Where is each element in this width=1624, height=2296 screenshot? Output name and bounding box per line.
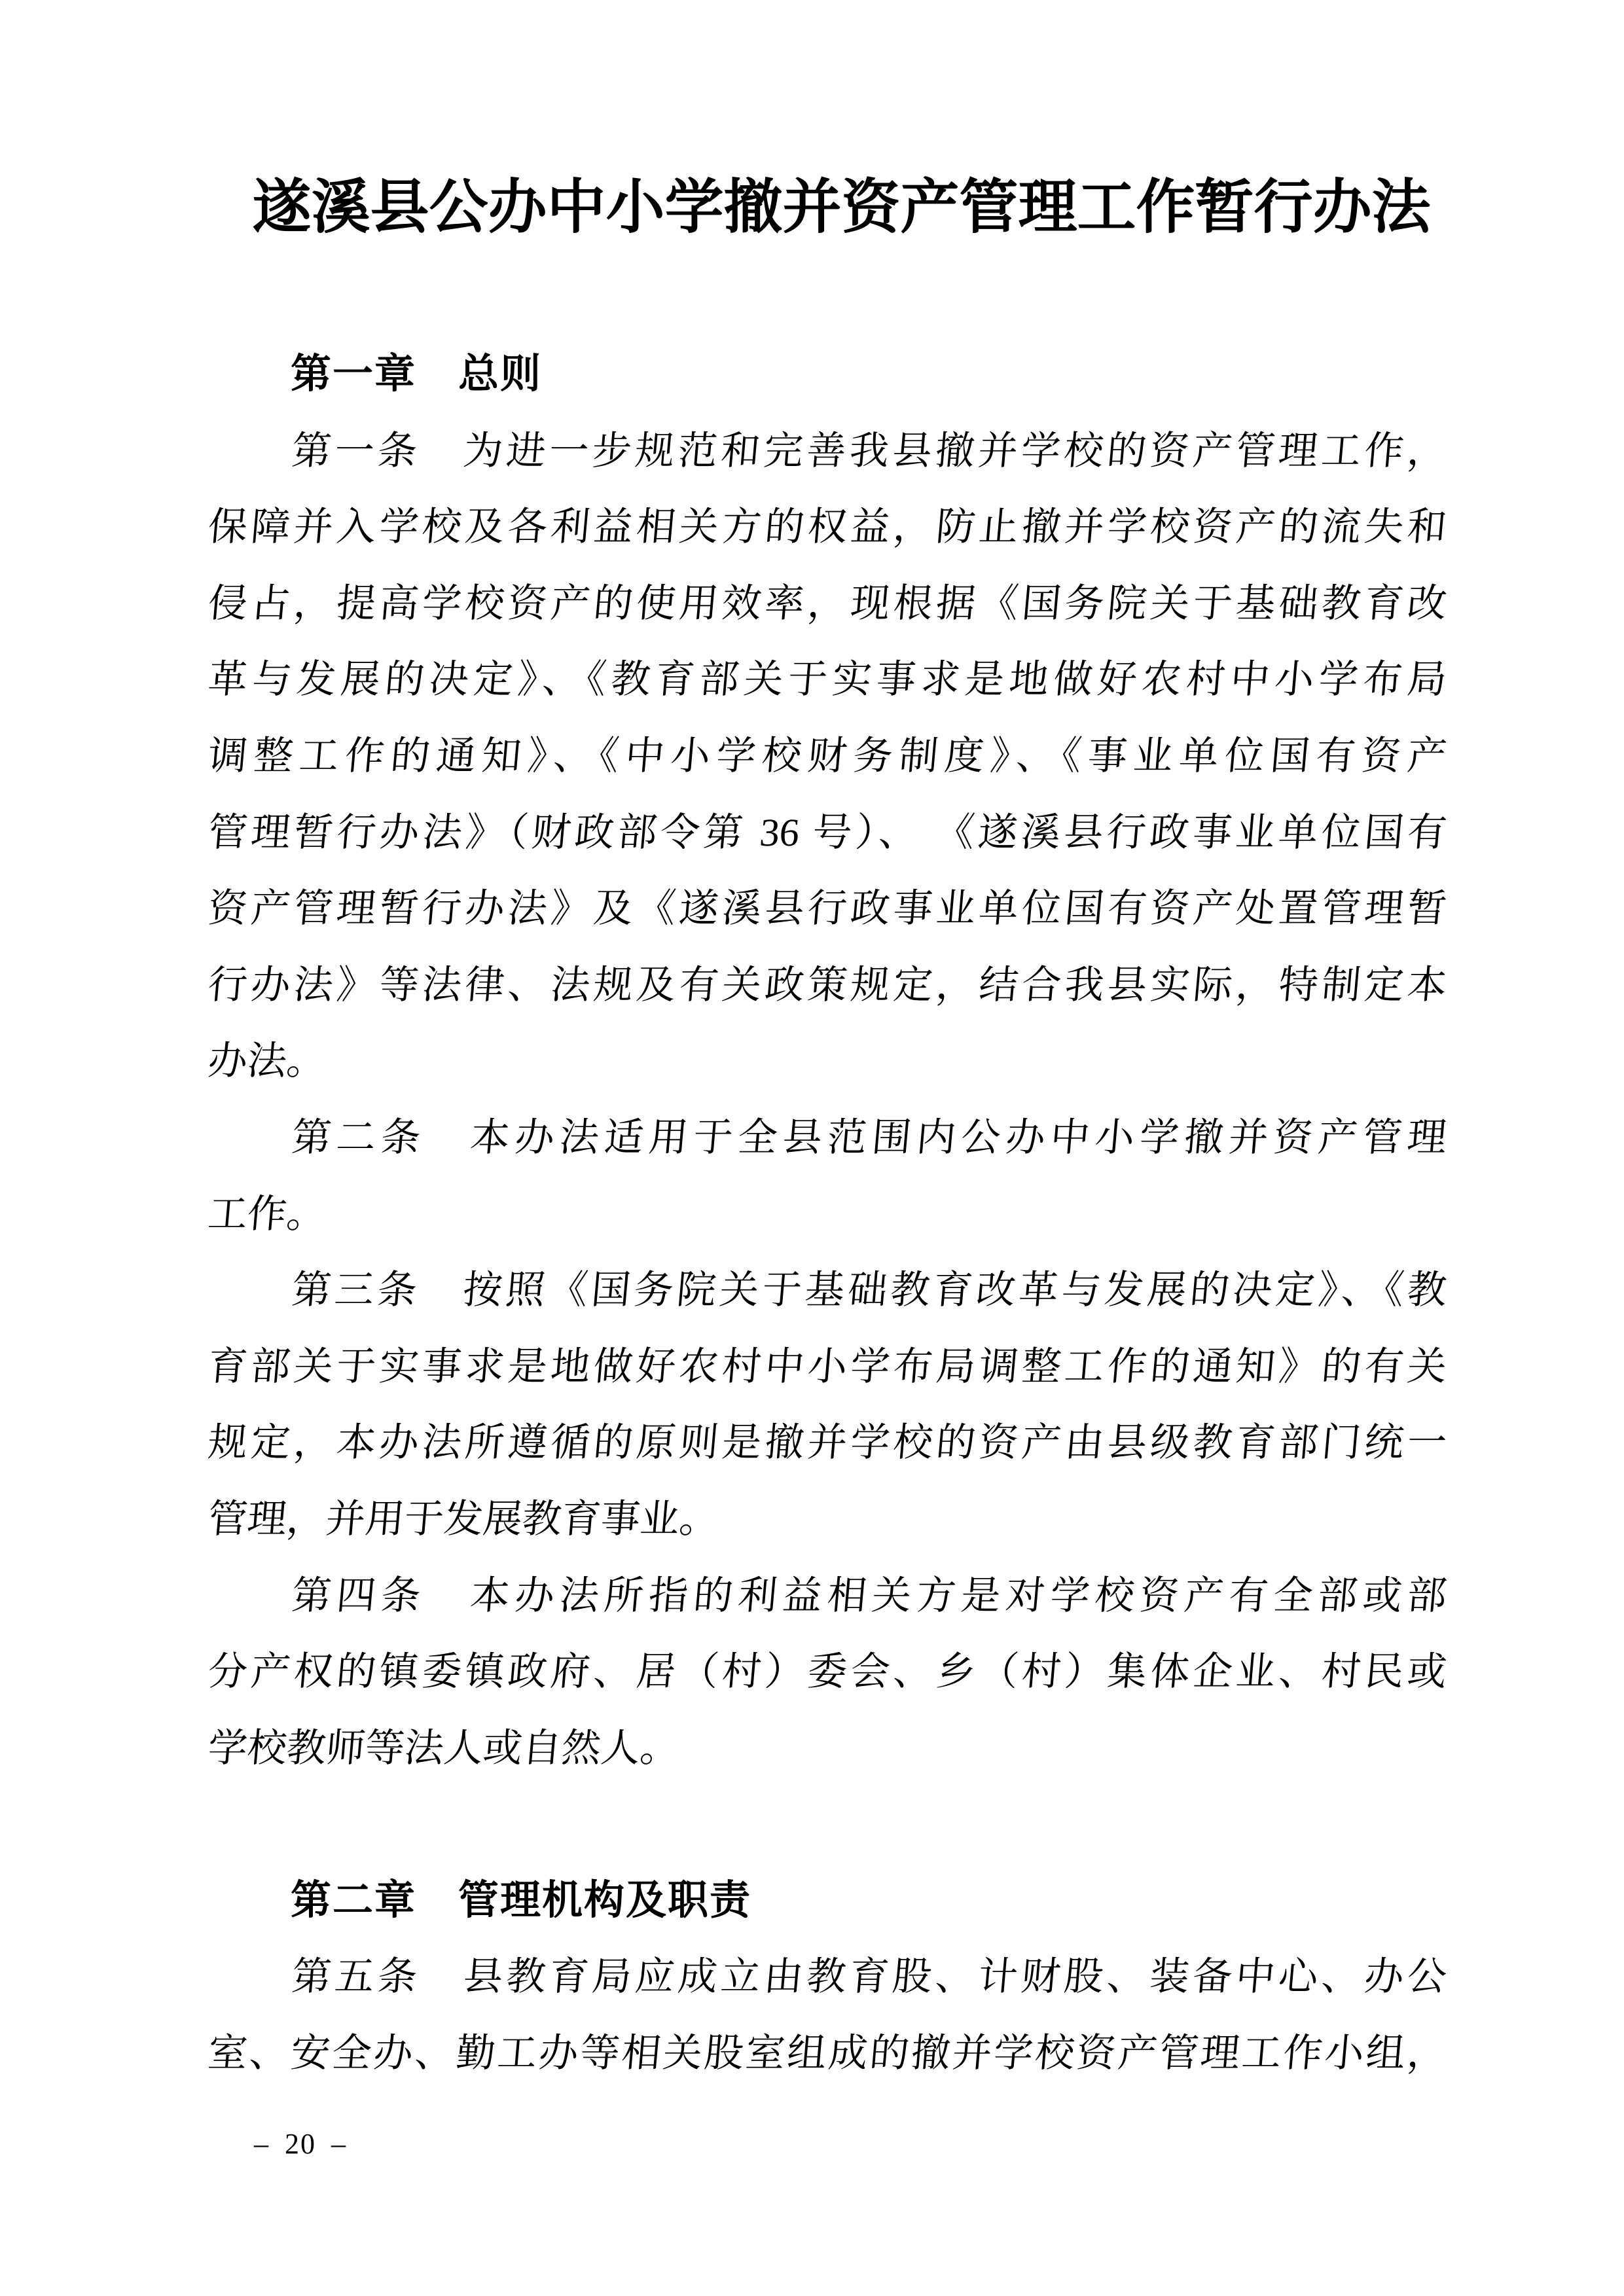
body-line: 保障并入学校及各利益相关方的权益，防止撤并学校资产的流失和	[205, 489, 1450, 565]
body-line: 第一条 为进一步规范和完善我县撤并学校的资产管理工作，	[205, 413, 1450, 490]
body-line: 行办法》等法律、法规及有关政策规定，结合我县实际，特制定本	[205, 947, 1450, 1024]
body-line: 工作。	[205, 1176, 1450, 1253]
body-line: 分产权的镇委镇政府、居（村）委会、乡（村）集体企业、村民或	[205, 1634, 1450, 1710]
body-line: 办法。	[205, 1023, 1450, 1100]
document-page: 遂溪县公办中小学撤并资产管理工作暂行办法 第一章 总则第一条 为进一步规范和完善…	[0, 0, 1624, 2296]
body-line: 规定，本办法所遵循的原则是撤并学校的资产由县级教育部门统一	[205, 1405, 1450, 1481]
body-line: 第二条 本办法适用于全县范围内公办中小学撤并资产管理	[205, 1100, 1450, 1176]
body-line: 室、安全办、勤工办等相关股室组成的撤并学校资产管理工作小组，	[205, 2015, 1450, 2092]
blank-line	[208, 1786, 1447, 1863]
body-line: 侵占，提高学校资产的使用效率，现根据《国务院关于基础教育改	[205, 565, 1450, 642]
body-line: 革与发展的决定》、《教育部关于实事求是地做好农村中小学布局	[205, 641, 1450, 718]
page-number: – 20 –	[254, 2127, 347, 2162]
chapter-heading: 第二章 管理机构及职责	[208, 1863, 1447, 1939]
body-line: 第三条 按照《国务院关于基础教育改革与发展的决定》、《教	[205, 1252, 1450, 1329]
body-line: 管理暂行办法》（财政部令第 36 号）、 《遂溪县行政事业单位国有	[205, 795, 1450, 871]
body-line: 第四条 本办法所指的利益相关方是对学校资产有全部或部	[205, 1558, 1450, 1634]
chapter-heading: 第一章 总则	[208, 336, 1447, 413]
body-line: 第五条 县教育局应成立由教育股、计财股、装备中心、办公	[205, 1939, 1450, 2015]
body-line: 调整工作的通知》、《中小学校财务制度》、《事业单位国有资产	[205, 718, 1450, 795]
body-line: 资产管理暂行办法》及《遂溪县行政事业单位国有资产处置管理暂	[205, 870, 1450, 947]
document-title: 遂溪县公办中小学撤并资产管理工作暂行办法	[29, 174, 1624, 242]
body-line: 育部关于实事求是地做好农村中小学布局调整工作的通知》的有关	[205, 1329, 1450, 1405]
body-line: 学校教师等法人或自然人。	[205, 1710, 1450, 1787]
document-body: 第一章 总则第一条 为进一步规范和完善我县撤并学校的资产管理工作，保障并入学校及…	[208, 336, 1447, 2092]
body-line: 管理，并用于发展教育事业。	[205, 1481, 1450, 1558]
